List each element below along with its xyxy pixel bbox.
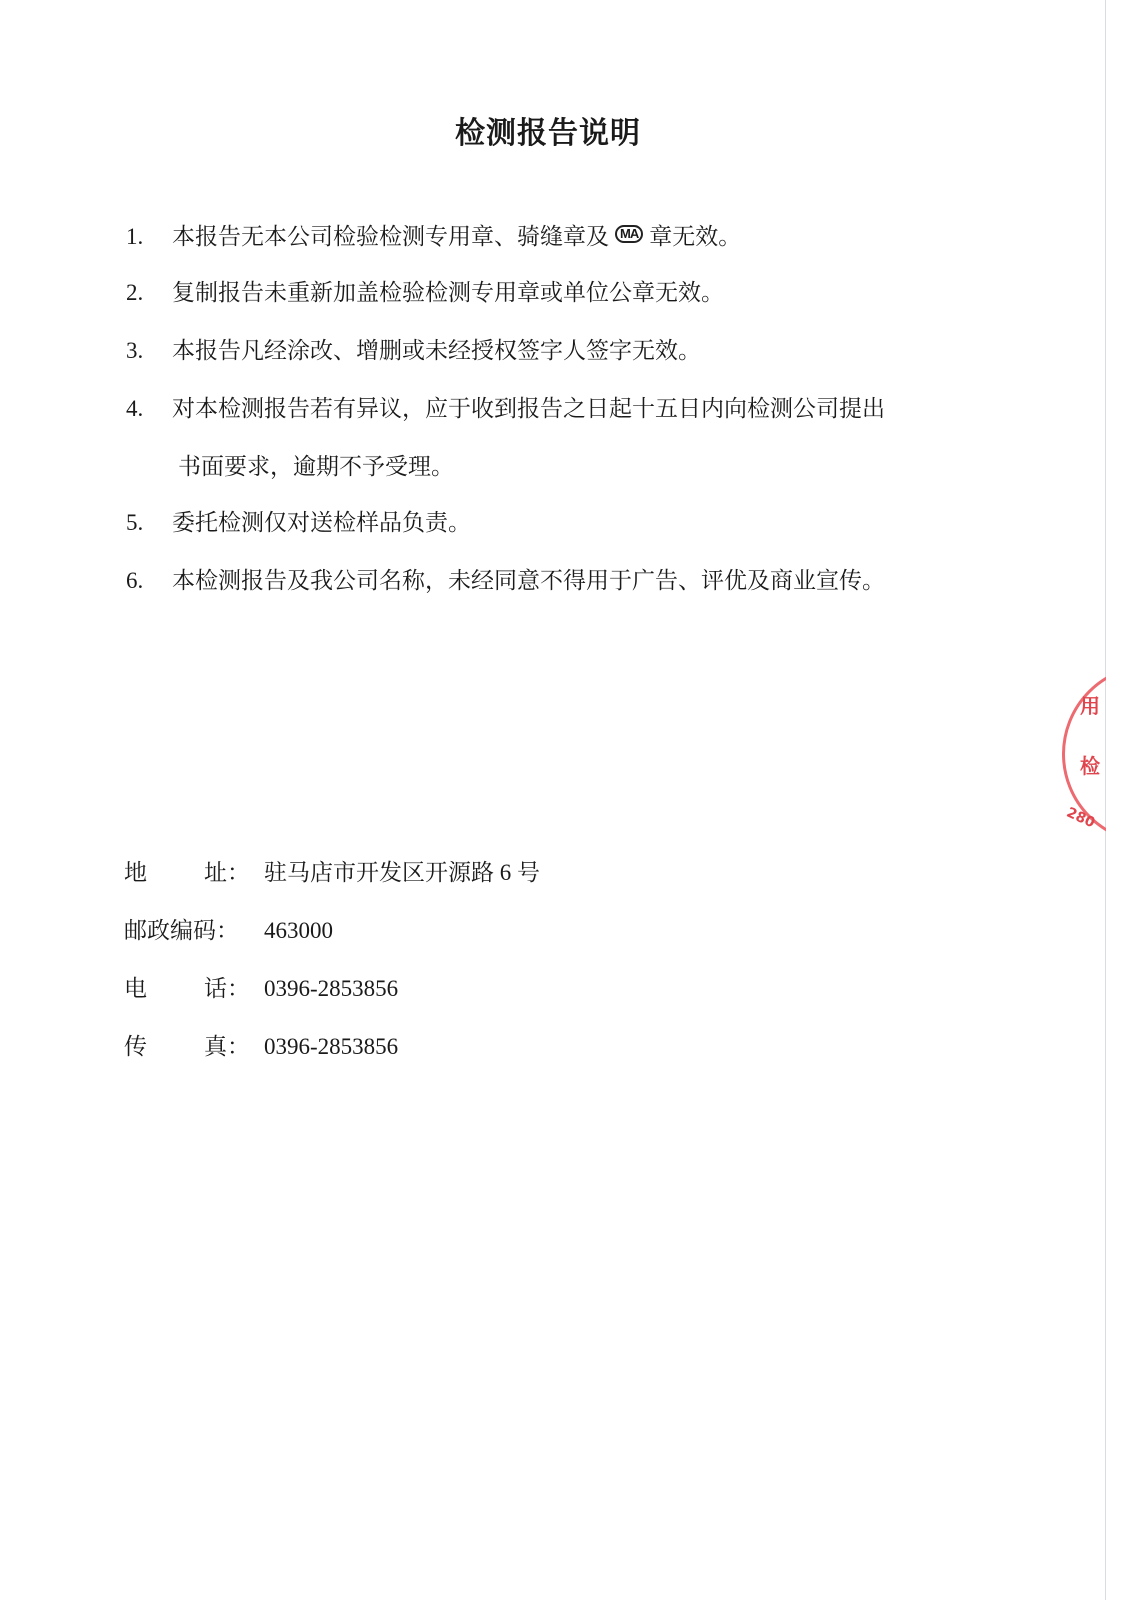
note-item-2: 2.复制报告未重新加盖检验检测专用章或单位公章无效。 bbox=[126, 278, 724, 308]
item-number: 2. bbox=[126, 278, 172, 308]
company-seal-stamp: 用 检 280 bbox=[1040, 650, 1106, 870]
phone-value: 0396-2853856 bbox=[264, 976, 398, 1001]
seal-fragment: 检 bbox=[1080, 750, 1100, 779]
address-value: 驻马店市开发区开源路 6 号 bbox=[264, 860, 540, 885]
note-item-4: 4.对本检测报告若有异议，应于收到报告之日起十五日内向检测公司提出 书面要求，逾… bbox=[126, 394, 885, 482]
postal-code-value: 463000 bbox=[264, 918, 333, 943]
item-text-continuation: 书面要求，逾期不予受理。 bbox=[126, 452, 885, 482]
fax-label: 传真： bbox=[124, 1032, 264, 1062]
postal-code-label: 邮政编码： bbox=[124, 916, 264, 946]
contact-phone: 电话：0396-2853856 bbox=[124, 974, 398, 1004]
item-text: 本报告凡经涂改、增删或未经授权签字人签字无效。 bbox=[172, 338, 701, 364]
seal-fragment: 用 bbox=[1080, 690, 1100, 719]
item-text: 复制报告未重新加盖检验检测专用章或单位公章无效。 bbox=[172, 280, 724, 306]
fax-value: 0396-2853856 bbox=[264, 1034, 398, 1059]
item-text: 本检测报告及我公司名称，未经同意不得用于广告、评优及商业宣传。 bbox=[172, 568, 885, 594]
page-title: 检测报告说明 bbox=[0, 108, 1096, 152]
contact-fax: 传真：0396-2853856 bbox=[124, 1032, 398, 1062]
item-text: 委托检测仅对送检样品负责。 bbox=[172, 510, 471, 536]
address-label: 地址： bbox=[124, 858, 264, 888]
note-item-5: 5.委托检测仅对送检样品负责。 bbox=[126, 508, 471, 538]
note-item-6: 6.本检测报告及我公司名称，未经同意不得用于广告、评优及商业宣传。 bbox=[126, 566, 885, 596]
item-text-tail: 章无效。 bbox=[649, 224, 741, 250]
item-number: 5. bbox=[126, 508, 172, 538]
note-item-1: 1.本报告无本公司检验检测专用章、骑缝章及MA章无效。 bbox=[126, 222, 741, 252]
item-text: 本报告无本公司检验检测专用章、骑缝章及 bbox=[172, 224, 609, 250]
item-text: 对本检测报告若有异议，应于收到报告之日起十五日内向检测公司提出 bbox=[172, 396, 885, 422]
item-number: 3. bbox=[126, 336, 172, 366]
item-number: 4. bbox=[126, 394, 172, 424]
phone-label: 电话： bbox=[124, 974, 264, 1004]
contact-postal-code: 邮政编码：463000 bbox=[124, 916, 333, 946]
item-number: 1. bbox=[126, 222, 172, 252]
item-number: 6. bbox=[126, 566, 172, 596]
note-item-3: 3.本报告凡经涂改、增删或未经授权签字人签字无效。 bbox=[126, 336, 701, 366]
contact-address: 地址：驻马店市开发区开源路 6 号 bbox=[124, 858, 540, 888]
ma-seal-icon: MA bbox=[615, 225, 643, 243]
